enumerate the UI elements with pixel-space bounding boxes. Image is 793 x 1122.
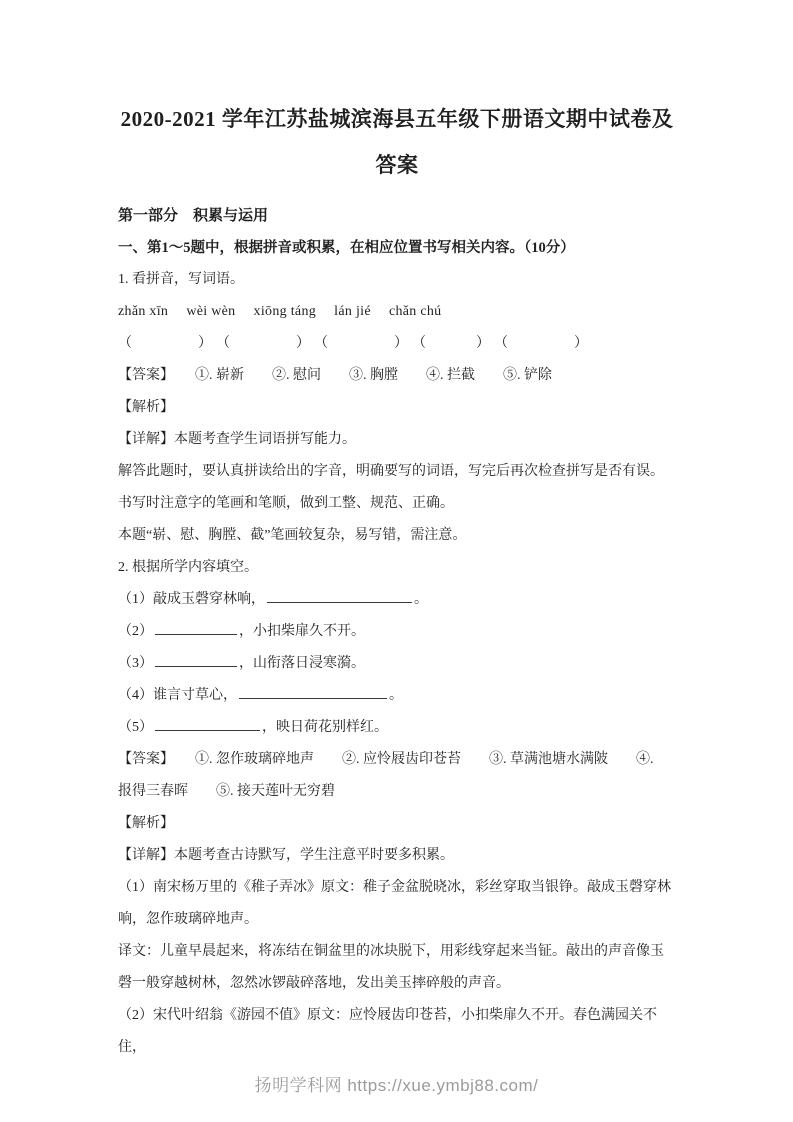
question-2-answer-line2: 报得三春晖 ⑤. 接天莲叶无穷碧 xyxy=(118,776,676,808)
fill-item-2-prefix: （2） xyxy=(118,624,153,639)
fill-blank-4 xyxy=(239,683,387,699)
fill-item-2-suffix: ，小扣柴扉久不开。 xyxy=(239,624,365,639)
question-1-detail: 【详解】本题考查学生词语拼写能力。 xyxy=(118,424,676,456)
document-title-line1: 2020-2021 学年江苏盐城滨海县五年级下册语文期中试卷及 xyxy=(118,96,676,142)
question-1-pinyin-row: zhǎn xīn wèi wèn xiōng táng lán jié chǎn… xyxy=(118,296,676,328)
question-2-explanation-1: （1）南宋杨万里的《稚子弄冰》原文：稚子金盆脱晓冰，彩丝穿取当银铮。敲成玉磬穿林… xyxy=(118,872,676,936)
question-1-answer-brackets: （ ） （ ） （ ） （ ） （ ） xyxy=(118,328,676,360)
fill-blank-2 xyxy=(155,619,237,635)
fill-item-1-prefix: （1）敲成玉磬穿林响， xyxy=(118,592,265,607)
fill-blank-3 xyxy=(155,651,237,667)
question-1-analysis-label: 【解析】 xyxy=(118,392,676,424)
fill-item-4-suffix: 。 xyxy=(389,688,403,703)
part-one-heading: 第一部分 积累与运用 xyxy=(118,200,676,232)
fill-item-4: （4）谁言寸草心，。 xyxy=(118,680,676,712)
fill-item-2: （2），小扣柴扉久不开。 xyxy=(118,616,676,648)
fill-item-3-suffix: ，山衔落日浸寒漪。 xyxy=(239,656,365,671)
question-1-explanation-2: 本题“崭、慰、胸膛、截”笔画较复杂，易写错，需注意。 xyxy=(118,520,676,552)
question-2-prompt: 2. 根据所学内容填空。 xyxy=(118,552,676,584)
fill-item-5-suffix: ，映日荷花别样红。 xyxy=(262,720,388,735)
question-1-prompt: 1. 看拼音，写词语。 xyxy=(118,264,676,296)
document-title: 2020-2021 学年江苏盐城滨海县五年级下册语文期中试卷及 答案 xyxy=(118,96,676,188)
fill-item-1: （1）敲成玉磬穿林响，。 xyxy=(118,584,676,616)
fill-blank-1 xyxy=(267,587,412,603)
fill-item-4-prefix: （4）谁言寸草心， xyxy=(118,688,237,703)
fill-item-3-prefix: （3） xyxy=(118,656,153,671)
fill-item-5: （5），映日荷花别样红。 xyxy=(118,712,676,744)
fill-item-5-prefix: （5） xyxy=(118,720,153,735)
question-1-answer: 【答案】 ①. 崭新 ②. 慰问 ③. 胸膛 ④. 拦截 ⑤. 铲除 xyxy=(118,360,676,392)
document-title-line2: 答案 xyxy=(118,142,676,188)
question-2-answer-line1: 【答案】 ①. 忽作玻璃碎地声 ②. 应怜屐齿印苍苔 ③. 草满池塘水满陂 ④. xyxy=(118,744,676,776)
fill-item-1-suffix: 。 xyxy=(414,592,428,607)
question-2-explanation-2: 译文：儿童早晨起来，将冻结在铜盆里的冰块脱下，用彩线穿起来当钲。敲出的声音像玉磬… xyxy=(118,936,676,1000)
question-2-detail: 【详解】本题考查古诗默写，学生注意平时要多积累。 xyxy=(118,840,676,872)
question-2-analysis-label: 【解析】 xyxy=(118,808,676,840)
section-one-instruction: 一、第1～5题中，根据拼音或积累，在相应位置书写相关内容。（10分） xyxy=(118,232,676,264)
fill-blank-5 xyxy=(155,715,260,731)
exam-document-page: 2020-2021 学年江苏盐城滨海县五年级下册语文期中试卷及 答案 第一部分 … xyxy=(0,0,793,1122)
question-2-explanation-3: （2）宋代叶绍翁《游园不值》原文：应怜屐齿印苍苔，小扣柴扉久不开。春色满园关不住… xyxy=(118,1000,676,1064)
document-body: 第一部分 积累与运用 一、第1～5题中，根据拼音或积累，在相应位置书写相关内容。… xyxy=(118,200,676,1064)
question-1-explanation-1: 解答此题时，要认真拼读给出的字音，明确要写的词语，写完后再次检查拼写是否有误。书… xyxy=(118,456,676,520)
watermark-footer: 扬明学科网 https://xue.ymbj88.com/ xyxy=(0,1071,793,1096)
fill-item-3: （3），山衔落日浸寒漪。 xyxy=(118,648,676,680)
